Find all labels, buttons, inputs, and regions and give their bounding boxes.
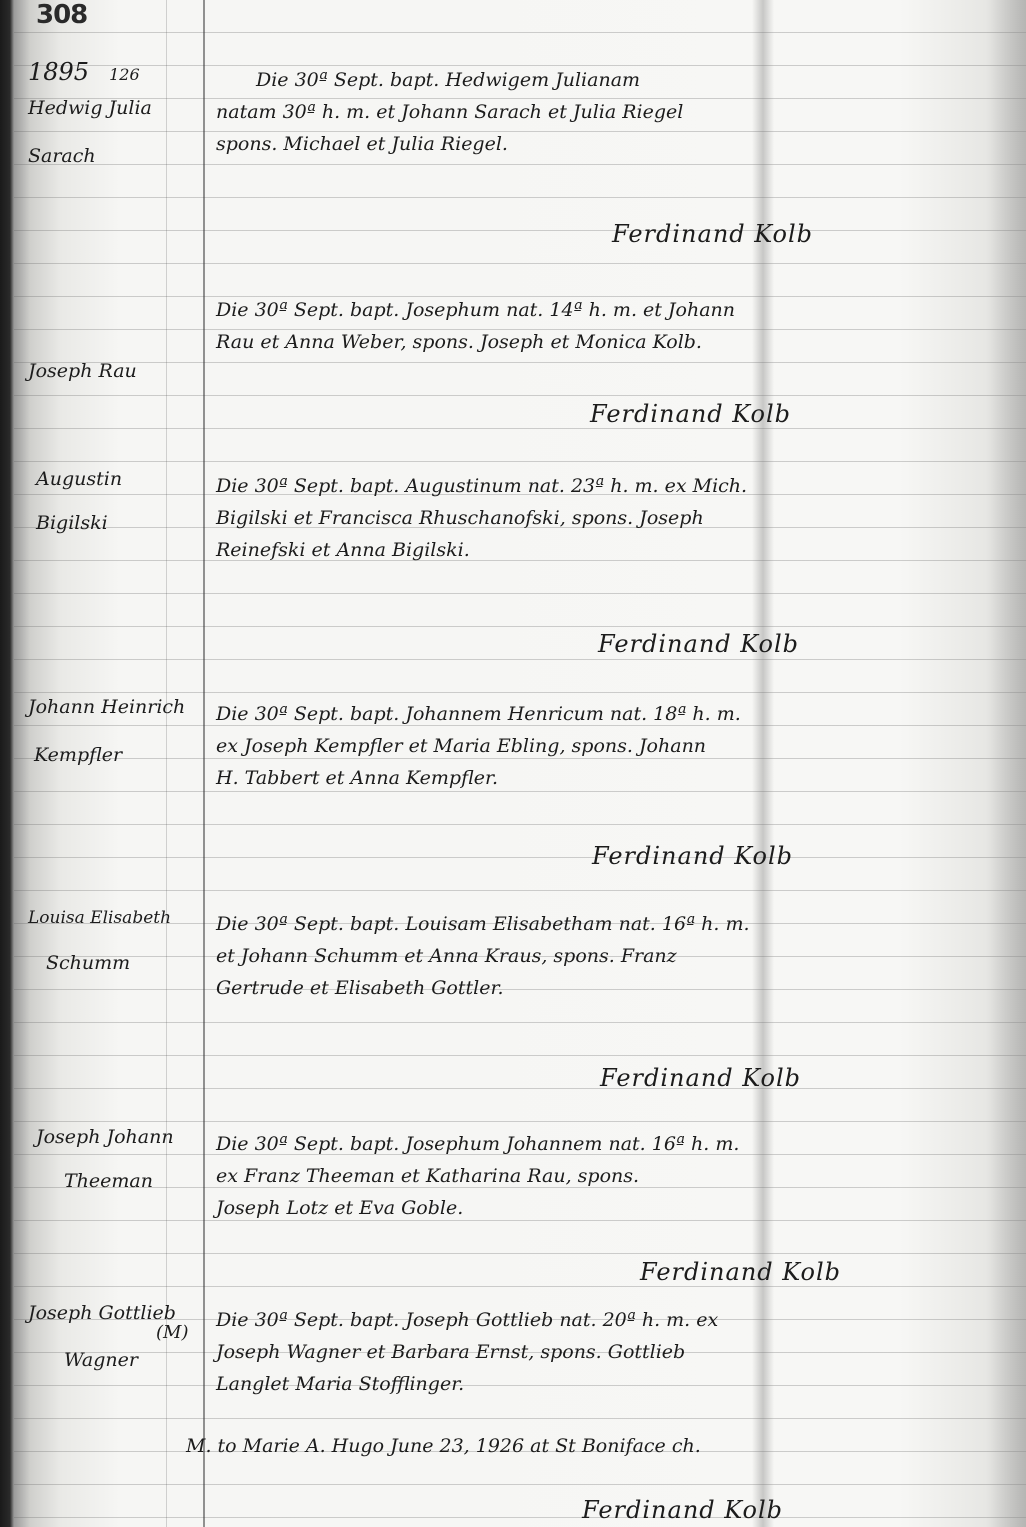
entry-name: Joseph Rau bbox=[28, 362, 206, 382]
text-line: ex Franz Theeman et Katharina Rau, spons… bbox=[216, 1160, 976, 1192]
text-line: Langlet Maria Stofflinger. bbox=[216, 1368, 976, 1400]
signature: Ferdinand Kolb bbox=[612, 220, 813, 248]
page-number: 308 bbox=[36, 0, 87, 30]
name-line: Kempfler bbox=[28, 746, 206, 766]
text-line: Die 30ª Sept. bapt. Hedwigem Julianam bbox=[256, 64, 1016, 96]
year: 1895 bbox=[28, 58, 89, 86]
text-line: Reinefski et Anna Bigilski. bbox=[216, 534, 976, 566]
text-line: natam 30ª h. m. et Johann Sarach et Juli… bbox=[216, 96, 1016, 128]
signature: Ferdinand Kolb bbox=[590, 400, 791, 428]
text-line: Rau et Anna Weber, spons. Joseph et Moni… bbox=[216, 326, 976, 358]
text-line: Bigilski et Francisca Rhuschanofski, spo… bbox=[216, 502, 976, 534]
text-line: Die 30ª Sept. bapt. Joseph Gottlieb nat.… bbox=[216, 1304, 976, 1336]
name-line: Louisa Elisabeth bbox=[28, 910, 206, 928]
entry-name: 1895 126 Hedwig Julia Sarach bbox=[28, 60, 206, 167]
text-line: Gertrude et Elisabeth Gottler. bbox=[216, 972, 976, 1004]
name-line: Bigilski bbox=[28, 514, 206, 534]
register-number: 126 bbox=[109, 65, 140, 84]
entry-text: Die 30ª Sept. bapt. Johannem Henricum na… bbox=[216, 698, 976, 794]
entry-text: Die 30ª Sept. bapt. Louisam Elisabetham … bbox=[216, 908, 976, 1004]
text-line: Joseph Wagner et Barbara Ernst, spons. G… bbox=[216, 1336, 976, 1368]
entry-text: Die 30ª Sept. bapt. Augustinum nat. 23ª … bbox=[216, 470, 976, 566]
signature: Ferdinand Kolb bbox=[600, 1064, 801, 1092]
text-line: Die 30ª Sept. bapt. Augustinum nat. 23ª … bbox=[216, 470, 976, 502]
name-line: Sarach bbox=[28, 147, 206, 167]
text-line: Die 30ª Sept. bapt. Josephum Johannem na… bbox=[216, 1128, 976, 1160]
signature: Ferdinand Kolb bbox=[640, 1258, 841, 1286]
text-line: spons. Michael et Julia Riegel. bbox=[216, 128, 1016, 160]
text-line: Die 30ª Sept. bapt. Josephum nat. 14ª h.… bbox=[216, 294, 976, 326]
name-line: Augustin bbox=[28, 470, 206, 490]
text-line: Die 30ª Sept. bapt. Louisam Elisabetham … bbox=[216, 908, 976, 940]
name-line: Joseph Johann bbox=[28, 1128, 206, 1148]
entry-name: Joseph Johann Theeman bbox=[28, 1128, 206, 1192]
signature: Ferdinand Kolb bbox=[582, 1496, 783, 1524]
name-line: Johann Heinrich bbox=[28, 698, 206, 718]
text-line: et Johann Schumm et Anna Kraus, spons. F… bbox=[216, 940, 976, 972]
name-line: Theeman bbox=[28, 1172, 206, 1192]
text-line: Joseph Lotz et Eva Goble. bbox=[216, 1192, 976, 1224]
register-page: 308 1895 126 Hedwig Julia Sarach Die 30ª… bbox=[0, 0, 1026, 1527]
entry-text: Die 30ª Sept. bapt. Joseph Gottlieb nat.… bbox=[216, 1304, 976, 1400]
page-edge-shadow bbox=[986, 0, 1026, 1527]
text-line: ex Joseph Kempfler et Maria Ebling, spon… bbox=[216, 730, 976, 762]
entry-text: Die 30ª Sept. bapt. Josephum nat. 14ª h.… bbox=[216, 294, 976, 358]
year-line: 1895 126 bbox=[28, 60, 206, 85]
name-line: Hedwig Julia bbox=[28, 99, 206, 119]
name-line: Joseph Rau bbox=[28, 362, 206, 382]
name-marker: (M) bbox=[28, 1324, 206, 1343]
text-line: H. Tabbert et Anna Kempfler. bbox=[216, 762, 976, 794]
signature: Ferdinand Kolb bbox=[592, 842, 793, 870]
name-line: Joseph Gottlieb bbox=[28, 1304, 206, 1324]
signature: Ferdinand Kolb bbox=[598, 630, 799, 658]
entry-text: Die 30ª Sept. bapt. Hedwigem Julianam na… bbox=[256, 64, 1016, 160]
entry-name: Johann Heinrich Kempfler bbox=[28, 698, 206, 766]
entry-name: Joseph Gottlieb (M) Wagner bbox=[28, 1304, 206, 1371]
entry-name: Louisa Elisabeth Schumm bbox=[28, 910, 206, 974]
entry-text: Die 30ª Sept. bapt. Josephum Johannem na… bbox=[216, 1128, 976, 1224]
name-line: Wagner bbox=[28, 1351, 206, 1371]
name-line: Schumm bbox=[28, 954, 206, 974]
text-line: Die 30ª Sept. bapt. Johannem Henricum na… bbox=[216, 698, 976, 730]
entry-name: Augustin Bigilski bbox=[28, 470, 206, 534]
marriage-annotation: M. to Marie A. Hugo June 23, 1926 at St … bbox=[186, 1435, 701, 1457]
